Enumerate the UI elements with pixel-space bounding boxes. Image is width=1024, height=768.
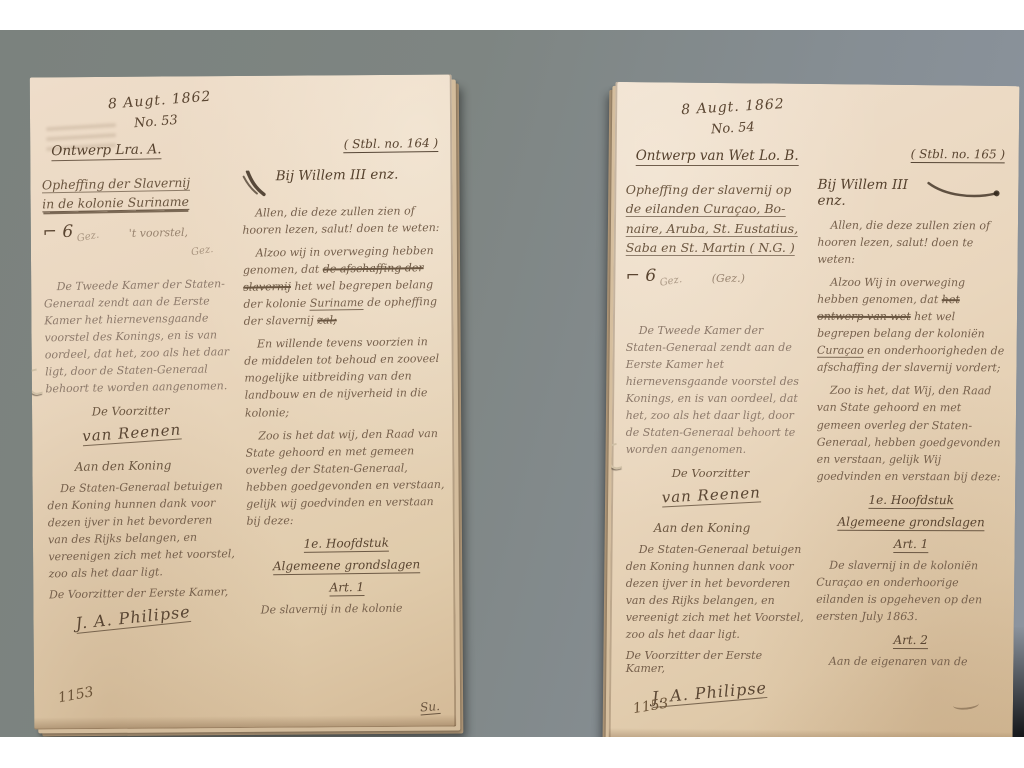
zoo-paragraph: Zoo is het, dat Wij, den Raad van State … bbox=[816, 382, 1006, 485]
koning-paragraph: De Staten-Generaal betuigen den Koning h… bbox=[47, 477, 236, 583]
margin-note: 't voorstel, bbox=[129, 226, 188, 240]
left-column: Ontwerp Lra. A. Opheffing der Slavernij … bbox=[41, 137, 238, 724]
page-columns: Ontwerp Lra. A. Opheffing der Slavernij … bbox=[44, 137, 446, 724]
staatsblad-text: ( Stbl. no. 164 ) bbox=[344, 136, 439, 153]
voorzitter-eerste-kamer-label: De Voorzitter der Eerste Kamer, bbox=[626, 649, 805, 675]
zoo-paragraph: Zoo is het dat wij, den Raad van State g… bbox=[245, 424, 445, 529]
aan-den-koning: Aan den Koning bbox=[75, 457, 234, 474]
doc-title: Ontwerp van Wet Lo. B. bbox=[636, 148, 799, 166]
article-number: Art. 1 bbox=[893, 537, 928, 553]
chapter-number: 1e. Hoofdstuk bbox=[304, 536, 390, 553]
doc-subject: Opheffing der slavernij op de eilanden C… bbox=[626, 180, 805, 257]
staatsblad-ref: ( Stbl. no. 164 ) bbox=[241, 136, 438, 153]
table-surface: 8 Augt. 1862 No. 53 Ontwerp Lra. A. Ophe… bbox=[0, 30, 1024, 737]
catchword: Su. bbox=[420, 699, 441, 715]
document-curacao: 8 Augt. 1862 No. 54 Ontwerp van Wet Lo. … bbox=[609, 82, 1020, 744]
margin-note: (Gez.) bbox=[712, 271, 745, 284]
chapter-title: Algemeene grondslagen bbox=[273, 557, 420, 575]
binding-thread-icon bbox=[609, 443, 623, 471]
article-heading: Art. 2 bbox=[816, 633, 1005, 648]
chapter-subheading: Algemeene grondslagen bbox=[247, 557, 446, 574]
chapter-heading: 1e. Hoofdstuk bbox=[816, 492, 1005, 507]
colony-name: Suriname bbox=[310, 296, 364, 311]
struck-text: zal; bbox=[317, 314, 337, 327]
koning-paragraph: De Staten-Generaal betuigen den Koning h… bbox=[626, 541, 805, 643]
chapter-title: Algemeene grondslagen bbox=[837, 514, 984, 531]
voorzitter-label: De Voorzitter bbox=[672, 466, 805, 480]
article-number: Art. 2 bbox=[893, 633, 928, 649]
left-column: Ontwerp van Wet Lo. B. Opheffing der sla… bbox=[626, 145, 805, 735]
staatsblad-ref: ( Stbl. no. 165 ) bbox=[817, 147, 1004, 162]
clerk-marks: ⌐ 6 Gez. 't voorstel, Gez. bbox=[43, 219, 231, 272]
article-text: De slavernij in de kolonie bbox=[248, 599, 447, 619]
doc-number: No. 54 bbox=[711, 120, 756, 138]
article-text: De slavernij in de koloniën Curaçao en o… bbox=[816, 556, 1006, 625]
staatsblad-text: ( Stbl. no. 165 ) bbox=[910, 147, 1005, 163]
binding-thread-icon bbox=[30, 368, 43, 396]
doc-date: 8 Augt. 1862 bbox=[107, 89, 212, 113]
clerk-marks: ⌐ 6 Gez. (Gez.) bbox=[626, 265, 805, 315]
page-columns: Ontwerp van Wet Lo. B. Opheffing der sla… bbox=[623, 144, 1009, 738]
article-text: Aan de eigenaren van de bbox=[816, 653, 1005, 671]
willende-paragraph: En willende tevens voorzien in de middel… bbox=[244, 333, 444, 421]
royal-formula: Bij Willem III enz. bbox=[242, 166, 441, 197]
page-curacao: 8 Augt. 1862 No. 54 Ontwerp van Wet Lo. … bbox=[609, 82, 1020, 744]
subject-line: de eilanden Curaçao, Bo- bbox=[626, 201, 786, 217]
margin-bracket: ⌐ 6 bbox=[43, 222, 74, 243]
allen-paragraph: Allen, die deze zullen zien of hooren le… bbox=[242, 202, 441, 239]
signature-van-reenen: van Reenen bbox=[82, 421, 182, 447]
bij-willem-text: Bij Willem III enz. bbox=[817, 177, 923, 209]
subject-line: Opheffing der Slavernij bbox=[42, 175, 191, 194]
chapter-number: 1e. Hoofdstuk bbox=[868, 493, 953, 509]
subject-line: naire, Aruba, St. Eustatius, bbox=[626, 221, 798, 237]
royal-formula: Bij Willem III enz. bbox=[817, 177, 1007, 210]
gezien-mark: Gez. bbox=[659, 274, 683, 289]
right-column: ( Stbl. no. 165 ) Bij Willem III enz. Al… bbox=[815, 147, 1006, 738]
gezien-mark: Gez. bbox=[76, 229, 100, 244]
allen-paragraph: Allen, die deze zullen zien of hooren le… bbox=[817, 217, 1007, 269]
photograph: 8 Augt. 1862 No. 53 Ontwerp Lra. A. Ophe… bbox=[0, 0, 1024, 768]
right-column: ( Stbl. no. 164 ) Bij Willem III enz. Al… bbox=[241, 136, 448, 723]
doc-subject: Opheffing der Slavernij in de kolonie Su… bbox=[42, 172, 230, 214]
alzoo-paragraph: Alzoo Wij in overweging hebben genomen, … bbox=[817, 274, 1007, 377]
subject-line: in de kolonie Suriname bbox=[42, 194, 189, 213]
gezien-mark: Gez. bbox=[190, 244, 214, 258]
colony-name: Curaçao bbox=[817, 344, 864, 358]
signature-van-reenen: van Reenen bbox=[661, 483, 761, 507]
ink-flourish-icon bbox=[927, 179, 1007, 201]
margin-bracket: ⌐ 6 bbox=[626, 265, 656, 285]
aan-den-koning: Aan den Koning bbox=[654, 521, 805, 535]
doc-number: No. 53 bbox=[134, 113, 179, 131]
kamer-paragraph: De Tweede Kamer der Staten-Generaal zend… bbox=[626, 321, 805, 457]
document-suriname: 8 Augt. 1862 No. 53 Ontwerp Lra. A. Ophe… bbox=[30, 75, 457, 730]
ink-flourish-icon bbox=[242, 170, 272, 196]
page-suriname: 8 Augt. 1862 No. 53 Ontwerp Lra. A. Ophe… bbox=[30, 75, 457, 730]
article-heading: Art. 1 bbox=[816, 536, 1005, 551]
chapter-heading: 1e. Hoofdstuk bbox=[247, 535, 446, 552]
alzoo-paragraph: Alzoo wij in overweging hebben genomen, … bbox=[243, 242, 443, 330]
doc-date: 8 Augt. 1862 bbox=[681, 96, 785, 118]
voorzitter-eerste-kamer-label: De Voorzitter der Eerste Kamer, bbox=[49, 585, 236, 601]
signature-philipse: J. A. Philipse bbox=[75, 602, 192, 634]
chapter-subheading: Algemeene grondslagen bbox=[816, 514, 1005, 529]
kamer-paragraph: De Tweede Kamer der Staten-Generaal zend… bbox=[44, 275, 233, 398]
subject-line: Saba en St. Martin ( N.G. ) bbox=[626, 240, 795, 256]
article-number: Art. 1 bbox=[330, 580, 365, 596]
white-matte-top bbox=[0, 0, 1024, 30]
bij-willem-text: Bij Willem III enz. bbox=[276, 167, 399, 185]
subject-line: Opheffing der slavernij op bbox=[626, 182, 792, 197]
doc-title: Ontwerp Lra. A. bbox=[51, 141, 162, 161]
voorzitter-label: De Voorzitter bbox=[92, 402, 233, 418]
article-heading: Art. 1 bbox=[247, 579, 446, 596]
white-matte-bottom bbox=[0, 737, 1024, 768]
